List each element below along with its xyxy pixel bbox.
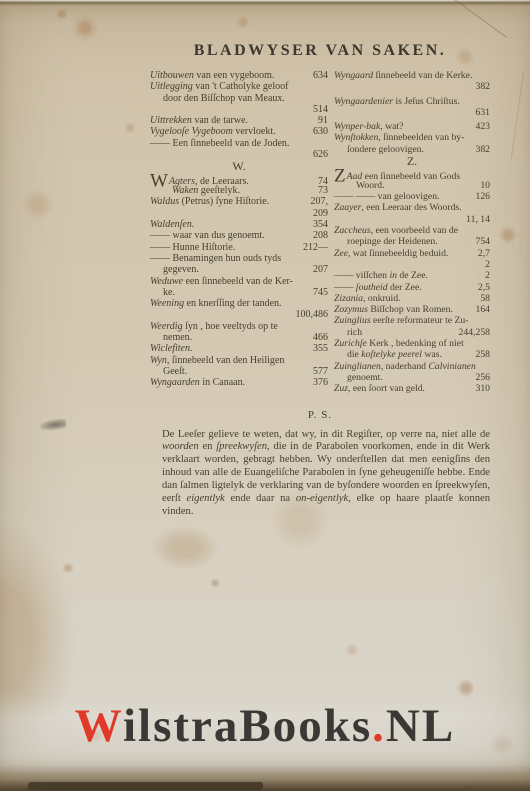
index-entry-text: Waken geeſtelyk. xyxy=(150,185,314,196)
index-line: die koſtelyke peerel was.258 xyxy=(334,349,490,360)
index-line: door den Biſſchop van Meaux. xyxy=(150,93,328,104)
text-segment: on-eigentlyk xyxy=(296,493,348,504)
text-segment: Weduwe xyxy=(150,276,183,287)
index-entry-text: Z. xyxy=(407,154,417,168)
text-segment: , naderhand xyxy=(381,361,429,372)
index-entry-text: die koſtelyke peerel was. xyxy=(334,349,471,360)
index-line: ke.745 xyxy=(150,287,328,298)
text-segment: roepinge der Heidenen. xyxy=(347,236,438,247)
index-line: genoemt.256 xyxy=(334,372,490,383)
index-entry-text: door den Biſſchop van Meaux. xyxy=(150,93,328,104)
page-number: 258 xyxy=(475,349,490,360)
text-segment: , wat ſinnebeeldig beduid. xyxy=(348,248,448,259)
page-number: 58 xyxy=(480,293,490,304)
index-line: Zozymus Biſſchop van Romen.164 xyxy=(334,304,490,315)
text-segment: Waldenſen. xyxy=(150,219,194,230)
text-segment: Kerk , bedenking of niet xyxy=(367,338,464,349)
index-page-content: BLADWYSER VAN SAKEN. Uitbouwen van een v… xyxy=(150,42,490,519)
index-line: Wiclefiten.355 xyxy=(150,343,328,354)
index-line: —— Benamingen hun ouds tyds xyxy=(150,253,328,264)
index-entry-text: Geeſt. xyxy=(150,366,309,377)
page-number: 164 xyxy=(475,304,490,315)
index-entry-text: Wynper-bak, wat? xyxy=(334,121,471,132)
text-segment: van de tarwe. xyxy=(192,115,248,126)
index-entry-text: Weening en knerſſing der tanden. xyxy=(150,298,328,309)
watermark: WilstraBooks.NL xyxy=(0,698,530,754)
text-segment: —— Benamingen hun ouds tyds xyxy=(150,253,281,264)
text-segment: W xyxy=(75,700,123,752)
text-segment: , wat? xyxy=(380,121,403,132)
pencil-mark xyxy=(39,418,66,432)
index-line: Z. xyxy=(334,156,490,169)
index-line: Wyngaard ſinnebeeld van de Kerke. xyxy=(334,70,490,81)
index-line: Zee, wat ſinnebeeldig beduid.2,7 xyxy=(334,248,490,259)
index-line: gegeven.207 xyxy=(150,264,328,275)
text-segment: Calvinianen xyxy=(428,361,475,372)
index-line: Waken geeſtelyk.73 xyxy=(150,185,328,196)
index-line: Vygelooſe Vygeboom vervloekt.630 xyxy=(150,126,328,137)
index-entry-text: ke. xyxy=(150,287,309,298)
text-segment: Woord. xyxy=(356,180,385,191)
page-number: 745 xyxy=(313,287,328,298)
text-segment: van een vygeboom. xyxy=(194,70,275,81)
text-segment: Z. xyxy=(407,154,417,168)
index-line: Wyngaardenier is Jeſus Chriſtus. xyxy=(334,96,490,107)
text-segment: vervloekt. xyxy=(233,126,276,137)
page-number: 354 xyxy=(313,219,328,230)
page-number: 91 xyxy=(318,115,328,126)
text-segment: Uitlegging xyxy=(150,81,193,92)
index-entry-text: Zozymus Biſſchop van Romen. xyxy=(334,304,471,315)
index-entry-text: Weerdig ſyn , hoe veeltyds op te xyxy=(150,321,328,332)
text-segment: genoemt. xyxy=(347,372,383,383)
index-line: 631 xyxy=(334,107,490,118)
text-segment: Vygelooſe Vygeboom xyxy=(150,126,233,137)
text-segment: —— Hunne Hiſtorie. xyxy=(150,242,235,253)
index-entry-text: —— Hunne Hiſtorie. xyxy=(150,242,299,253)
index-line: —— waar van dus genoemt.208 xyxy=(150,230,328,241)
text-segment: Zuinglius xyxy=(334,315,371,326)
index-entry-text: Wyngaarden in Canaan. xyxy=(150,377,309,388)
index-line: —— Een ſinnebeeld van de Joden. xyxy=(150,138,328,149)
index-line: —— —— van geloovigen.126 xyxy=(334,191,490,202)
index-line: —— viſſchen in de Zee.2 xyxy=(334,270,490,281)
index-line: Wyngaarden in Canaan.376 xyxy=(150,377,328,388)
text-segment: Wynper-bak xyxy=(334,121,380,132)
index-line: rich244,258 xyxy=(334,327,490,338)
text-segment: Wyn xyxy=(150,355,167,366)
paper-crease xyxy=(511,70,525,159)
text-segment: in xyxy=(389,270,397,281)
text-segment: —— waar van dus genoemt. xyxy=(150,230,265,241)
index-line: Zurichſe Kerk , bedenking of niet xyxy=(334,338,490,349)
index-entry-text: —— Benamingen hun ouds tyds xyxy=(150,253,328,264)
index-entry-text: nemen. xyxy=(150,332,309,343)
index-line: roepinge der Heidenen.754 xyxy=(334,236,490,247)
index-line: Zuz, een ſoort van geld.310 xyxy=(334,383,490,394)
postscript-section: P. S. De Leeſer gelieve te weten, dat wy… xyxy=(150,409,490,519)
index-entry-text: Zurichſe Kerk , bedenking of niet xyxy=(334,338,490,349)
page-number: 577 xyxy=(313,366,328,377)
text-segment: gegeven. xyxy=(163,264,199,275)
text-segment: W. xyxy=(232,159,245,173)
text-segment: was. xyxy=(422,349,442,360)
text-segment: ende daar na xyxy=(225,493,296,504)
index-line: Wynſtokken, ſinnebeelden van by- xyxy=(334,132,490,143)
page-number: 2 xyxy=(485,270,490,281)
text-segment: Uitbouwen xyxy=(150,70,194,81)
page-number: 208 xyxy=(313,230,328,241)
ps-paragraph: De Leeſer gelieve te weten, dat wy, in d… xyxy=(162,429,490,519)
text-segment: Wiclefiten. xyxy=(150,343,193,354)
page-number: 207, xyxy=(311,196,329,207)
index-line: Uittrekken van de tarwe.91 xyxy=(150,115,328,126)
index-entry-text: —— —— van geloovigen. xyxy=(334,191,471,202)
page-number: 631 xyxy=(475,107,490,118)
text-segment: (Petrus) ſyne Hiſtorie. xyxy=(179,196,269,207)
page-number: 630 xyxy=(313,126,328,137)
text-segment: —— Een ſinnebeeld van de Joden. xyxy=(150,138,289,149)
text-segment: Zee xyxy=(334,248,348,259)
page-number: 2,7 xyxy=(478,248,490,259)
page-number: 126 xyxy=(475,191,490,202)
index-column-left: Uitbouwen van een vygeboom.634Uitlegging… xyxy=(150,70,334,395)
text-segment: Wynſtokken xyxy=(334,132,378,143)
index-entry-text: gegeven. xyxy=(150,264,309,275)
index-entry-text: Zaayer, een Leeraar des Woords. xyxy=(334,202,490,213)
text-segment: , een ſoort van geld. xyxy=(348,383,425,394)
index-entry-text: —— viſſchen in de Zee. xyxy=(334,270,481,281)
page-number: 355 xyxy=(313,343,328,354)
text-segment: Wyngaarden xyxy=(150,377,200,388)
index-line: —— ſoutheid der Zee.2,5 xyxy=(334,282,490,293)
index-line: Uitlegging van 't Catholyke geloof xyxy=(150,81,328,92)
text-segment: Zurichſe xyxy=(334,338,367,349)
index-entry-text: W. xyxy=(232,159,245,173)
index-line: 2 xyxy=(334,259,490,270)
text-segment: die xyxy=(347,349,361,360)
page-number: 2 xyxy=(485,259,490,270)
index-line: Zaayer, een Leeraar des Woords. xyxy=(334,202,490,213)
page-number: 256 xyxy=(475,372,490,383)
page-number: 754 xyxy=(475,236,490,247)
page-number: 212— xyxy=(303,242,328,253)
text-segment: van 't Catholyke geloof xyxy=(193,81,289,92)
index-line: Weerdig ſyn , hoe veeltyds op te xyxy=(150,321,328,332)
text-segment: koſtelyke peerel xyxy=(361,349,422,360)
index-entry-text: Zee, wat ſinnebeeldig beduid. xyxy=(334,248,474,259)
index-entry-text: Zuz, een ſoort van geld. xyxy=(334,383,471,394)
text-segment: Wyngaardenier xyxy=(334,96,393,107)
page-number: 100,486 xyxy=(296,309,329,320)
index-line: 11, 14 xyxy=(334,214,490,225)
text-segment: W xyxy=(150,176,168,185)
text-segment: . xyxy=(372,700,386,752)
index-entry-text: roepinge der Heidenen. xyxy=(334,236,471,247)
index-line: Zaccheus, een voorbeeld van de xyxy=(334,225,490,236)
text-segment: eerſte reformateur te Zu- xyxy=(371,315,469,326)
text-segment: eigentlyk xyxy=(187,493,225,504)
text-segment: Uittrekken xyxy=(150,115,192,126)
index-entry-text: Uitlegging van 't Catholyke geloof xyxy=(150,81,328,92)
text-segment: Waken xyxy=(172,185,198,196)
page-number: 11, 14 xyxy=(466,214,490,225)
index-line: Zuinglius eerſte reformateur te Zu- xyxy=(334,315,490,326)
index-entry-text: —— Een ſinnebeeld van de Joden. xyxy=(150,138,328,149)
page-number: 626 xyxy=(313,149,328,160)
text-segment: ke. xyxy=(163,287,175,298)
text-segment: en xyxy=(199,441,217,452)
text-segment: ſoutheid xyxy=(356,282,388,293)
page-number: 73 xyxy=(318,185,328,196)
page-top-edge xyxy=(0,0,530,6)
text-segment: De Leeſer gelieve te weten, dat wy, in d… xyxy=(162,429,490,440)
text-segment: Wyngaard xyxy=(334,70,373,81)
text-segment: —— xyxy=(334,282,356,293)
text-segment: nemen. xyxy=(163,332,192,343)
index-entry-text: Uitbouwen van een vygeboom. xyxy=(150,70,309,81)
index-entry-text: —— ſoutheid der Zee. xyxy=(334,282,474,293)
text-segment: in Canaan. xyxy=(200,377,245,388)
text-segment: —— viſſchen xyxy=(334,270,389,281)
text-segment: rich xyxy=(347,327,362,338)
index-line: Zizania, onkruid.58 xyxy=(334,293,490,304)
page-number: 382 xyxy=(475,144,490,155)
index-entry-text: Zizania, onkruid. xyxy=(334,293,476,304)
index-line: Wyn, ſinnebeeld van den Heiligen xyxy=(150,355,328,366)
index-line: Woord.10 xyxy=(334,180,490,191)
text-segment: Zaayer xyxy=(334,202,361,213)
index-line: Uitbouwen van een vygeboom.634 xyxy=(150,70,328,81)
index-line: Wynper-bak, wat?423 xyxy=(334,121,490,132)
text-segment: een ſinnebeeld van de Ker- xyxy=(183,276,293,287)
text-segment: ilstraBooks xyxy=(123,700,372,752)
text-segment: Zuz xyxy=(334,383,348,394)
index-line: Weening en knerſſing der tanden. xyxy=(150,298,328,309)
index-columns: Uitbouwen van een vygeboom.634Uitlegging… xyxy=(150,70,490,395)
index-entry-text: Zuinglianen, naderhand Calvinianen xyxy=(334,361,490,372)
page-number: 310 xyxy=(475,383,490,394)
page-number: 376 xyxy=(313,377,328,388)
text-segment: Geeſt. xyxy=(163,366,187,377)
index-line: 514 xyxy=(150,104,328,115)
index-entry-text: Wiclefiten. xyxy=(150,343,309,354)
postscript-heading: P. S. xyxy=(150,409,490,421)
text-segment: en knerſſing der tanden. xyxy=(184,298,281,309)
index-entry-text: Zuinglius eerſte reformateur te Zu- xyxy=(334,315,490,326)
index-line: —— Hunne Hiſtorie.212— xyxy=(150,242,328,253)
text-segment: Z xyxy=(334,171,346,180)
index-line: Waldenſen.354 xyxy=(150,219,328,230)
text-segment: NL xyxy=(386,700,455,752)
text-segment: door den Biſſchop van Meaux. xyxy=(163,93,285,104)
index-line: nemen.466 xyxy=(150,332,328,343)
index-entry-text: Waldus (Petrus) ſyne Hiſtorie. xyxy=(150,196,307,207)
page-number: 2,5 xyxy=(478,282,490,293)
index-line: Weduwe een ſinnebeeld van de Ker- xyxy=(150,276,328,287)
index-entry-text: Wynſtokken, ſinnebeelden van by- xyxy=(334,132,490,143)
index-entry-text: Zaccheus, een voorbeeld van de xyxy=(334,225,490,236)
watermark-text: WilstraBooks.NL xyxy=(75,700,455,752)
index-entry-text: Uittrekken van de tarwe. xyxy=(150,115,314,126)
index-line: Waldus (Petrus) ſyne Hiſtorie.207, xyxy=(150,196,328,207)
text-segment: Zaccheus xyxy=(334,225,371,236)
text-segment: Zizania xyxy=(334,293,363,304)
text-segment: , een voorbeeld van de xyxy=(371,225,458,236)
text-segment: ſinnebeeld van de Kerke. xyxy=(373,70,472,81)
text-segment: der Zee. xyxy=(388,282,422,293)
index-column-right: Wyngaard ſinnebeeld van de Kerke.382Wyng… xyxy=(334,70,490,395)
index-entry-text: Waldenſen. xyxy=(150,219,309,230)
text-segment: geeſtelyk. xyxy=(198,185,240,196)
page-number: 514 xyxy=(313,104,328,115)
page-number: 634 xyxy=(313,70,328,81)
index-entry-text: Wyn, ſinnebeeld van den Heiligen xyxy=(150,355,328,366)
index-line: W. xyxy=(150,161,328,174)
index-entry-text: Wyngaardenier is Jeſus Chriſtus. xyxy=(334,96,490,107)
text-segment: —— —— van geloovigen. xyxy=(334,191,439,202)
index-line: Geeſt.577 xyxy=(150,366,328,377)
text-segment: Weening xyxy=(150,298,184,309)
text-segment: Zozymus xyxy=(334,304,368,315)
page-number: 382 xyxy=(475,81,490,92)
page-number: 209 xyxy=(313,208,328,219)
text-segment: is Jeſus Chriſtus. xyxy=(393,96,460,107)
text-segment: ſpreekwyſen xyxy=(216,441,267,452)
index-entry-text: Vygelooſe Vygeboom vervloekt. xyxy=(150,126,309,137)
text-segment: de Zee. xyxy=(397,270,428,281)
index-entry-text: genoemt. xyxy=(334,372,471,383)
text-segment: , ſinnebeeld van den Heiligen xyxy=(167,355,284,366)
index-entry-text: Woord. xyxy=(334,180,476,191)
page-number: 423 xyxy=(475,121,490,132)
page-bottom-edge xyxy=(28,782,263,790)
index-line: 209 xyxy=(150,208,328,219)
page-title: BLADWYSER VAN SAKEN. xyxy=(150,42,490,60)
page-number: 10 xyxy=(480,180,490,191)
index-entry-text: Wyngaard ſinnebeeld van de Kerke. xyxy=(334,70,490,81)
index-line: WAgters, de Leeraars.74 xyxy=(150,174,328,185)
text-segment: Zuinglianen xyxy=(334,361,381,372)
index-line: 100,486 xyxy=(150,309,328,320)
index-line: ZAad een ſinnebeeld van Gods xyxy=(334,169,490,180)
text-segment: ſyn , hoe veeltyds op te xyxy=(183,321,278,332)
text-segment: Biſſchop van Romen. xyxy=(368,304,453,315)
index-entry-text: Weduwe een ſinnebeeld van de Ker- xyxy=(150,276,328,287)
index-entry-text: rich xyxy=(334,327,455,338)
index-line: Zuinglianen, naderhand Calvinianen xyxy=(334,361,490,372)
text-segment: Waldus xyxy=(150,196,179,207)
book-page-photo: BLADWYSER VAN SAKEN. Uitbouwen van een v… xyxy=(0,0,530,791)
page-number: 466 xyxy=(313,332,328,343)
index-line: 382 xyxy=(334,81,490,92)
page-number: 244,258 xyxy=(459,327,490,338)
index-entry-text: —— waar van dus genoemt. xyxy=(150,230,309,241)
text-segment: , onkruid. xyxy=(363,293,400,304)
text-segment: Weerdig xyxy=(150,321,183,332)
text-segment: , ſinnebeelden van by- xyxy=(378,132,464,143)
text-segment: , een Leeraar des Woords. xyxy=(361,202,461,213)
index-entry-text: ſondere geloovigen. xyxy=(334,144,471,155)
page-number: 207 xyxy=(313,264,328,275)
text-segment: woorden xyxy=(162,441,199,452)
